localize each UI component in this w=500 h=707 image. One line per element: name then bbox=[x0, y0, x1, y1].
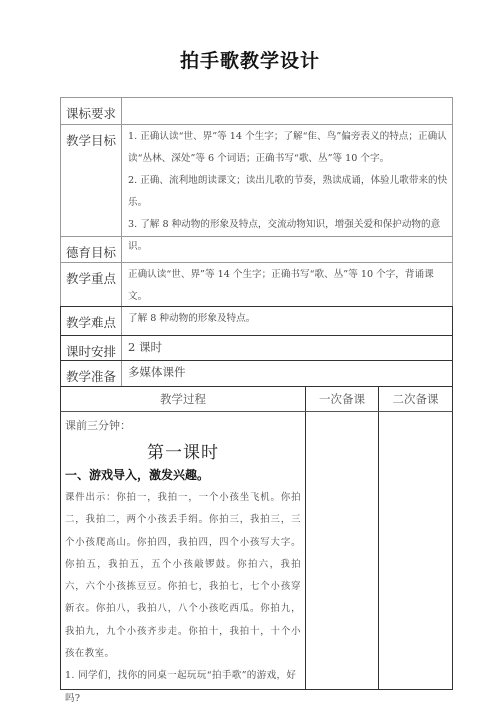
question-text: 1. 同学们，找你的同桌一起玩玩“拍手歌”的游戏，好吗? bbox=[65, 665, 301, 707]
row-moral-goals: 德育目标 bbox=[60, 236, 453, 262]
row-label: 教学目标 bbox=[61, 125, 122, 236]
courseware-text: 课件出示：你拍一，我拍一，一个小孩坐飞机。你拍二，我拍二，两个小孩丢手绢。你拍三… bbox=[65, 487, 301, 665]
row-key-points: 教学重点 正确认读“世、界”等 14 个生字；正确书写“歌、丛”等 10 个字，… bbox=[60, 262, 453, 306]
pre-class-label: 课前三分钟： bbox=[65, 416, 301, 436]
section-heading: 一、游戏导入，激发兴趣。 bbox=[65, 466, 301, 483]
goal-2: 2. 正确、流利地朗读课文；读出儿歌的节奏，熟读成诵，体验儿歌带来的快乐。 bbox=[128, 170, 448, 214]
row-label: 课标要求 bbox=[61, 98, 122, 124]
process-header: 教学过程 一次备课 二次备课 bbox=[60, 386, 453, 412]
lesson-plan-table: 课标要求 教学目标 1. 正确认读“世、界”等 14 个生字；了解“隹、鸟”偏旁… bbox=[60, 97, 453, 690]
row-preparation: 教学准备 多媒体课件 bbox=[60, 360, 453, 386]
row-value: 了解 8 种动物的形象及特点。 bbox=[122, 307, 452, 335]
row-label: 教学重点 bbox=[61, 263, 122, 306]
row-label: 课时安排 bbox=[61, 336, 122, 360]
row-value: 1. 正确认读“世、界”等 14 个生字；了解“隹、鸟”偏旁表义的特点；正确认读… bbox=[122, 125, 452, 236]
row-teaching-goals: 教学目标 1. 正确认读“世、界”等 14 个生字；了解“隹、鸟”偏旁表义的特点… bbox=[60, 124, 453, 236]
row-value bbox=[122, 237, 452, 262]
lesson-title: 第一课时 bbox=[65, 438, 301, 463]
row-value: 多媒体课件 bbox=[122, 361, 452, 386]
goal-1: 1. 正确认读“世、界”等 14 个生字；了解“隹、鸟”偏旁表义的特点；正确认读… bbox=[128, 126, 448, 170]
row-value: 正确认读“世、界”等 14 个生字；正确书写“歌、丛”等 10 个字，背诵课文。 bbox=[122, 263, 452, 306]
process-body: 课前三分钟： 第一课时 一、游戏导入，激发兴趣。 课件出示：你拍一，我拍一，一个… bbox=[60, 412, 453, 690]
row-difficulties: 教学难点 了解 8 种动物的形象及特点。 bbox=[60, 306, 453, 335]
row-value bbox=[122, 98, 452, 124]
row-schedule: 课时安排 2 课时 bbox=[60, 335, 453, 360]
row-label: 教学准备 bbox=[61, 361, 122, 386]
row-curriculum-standard: 课标要求 bbox=[60, 97, 453, 124]
row-value: 2 课时 bbox=[122, 336, 452, 360]
row-label: 教学难点 bbox=[61, 307, 122, 335]
header-first-prep: 一次备课 bbox=[306, 387, 379, 411]
document-title: 拍手歌教学设计 bbox=[0, 46, 500, 73]
process-content: 课前三分钟： 第一课时 一、游戏导入，激发兴趣。 课件出示：你拍一，我拍一，一个… bbox=[61, 412, 306, 689]
row-label: 德育目标 bbox=[61, 237, 122, 262]
second-prep-cell bbox=[379, 412, 452, 689]
first-prep-cell bbox=[306, 412, 379, 689]
header-process: 教学过程 bbox=[61, 387, 306, 411]
header-second-prep: 二次备课 bbox=[379, 387, 452, 411]
